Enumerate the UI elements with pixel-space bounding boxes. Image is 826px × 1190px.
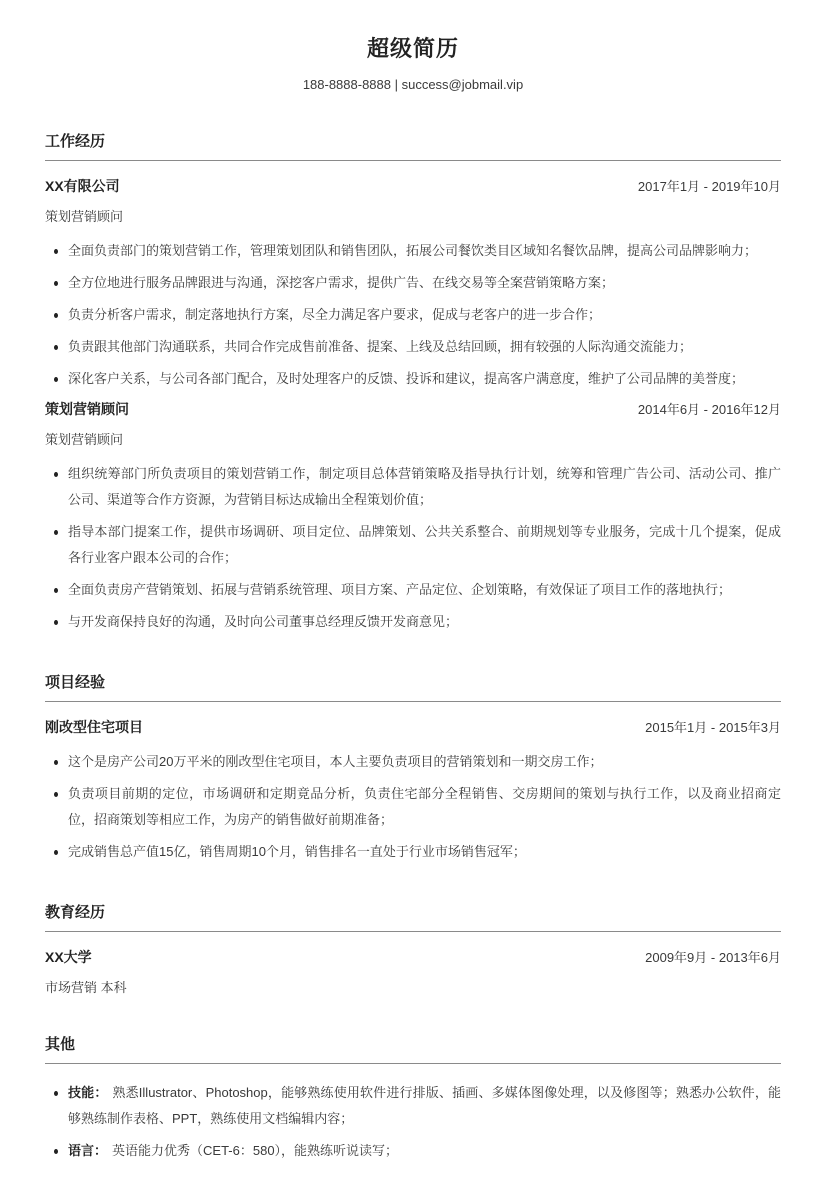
job-role: 策划营销顾问: [45, 431, 781, 449]
skills-label: 技能：: [68, 1085, 107, 1100]
bullet-list: 组织统筹部门所负责项目的策划营销工作，制定项目总体营销策略及指导执行计划，统筹和…: [45, 461, 781, 635]
date-range: 2009年9月 - 2013年6月: [645, 949, 781, 967]
entry-header: 策划营销顾问 2014年6月 - 2016年12月: [45, 400, 781, 419]
bullet-item: 组织统筹部门所负责项目的策划营销工作，制定项目总体营销策略及指导执行计划，统筹和…: [68, 461, 781, 513]
date-range: 2017年1月 - 2019年10月: [638, 178, 781, 196]
bullet-item: 负责跟其他部门沟通联系，共同合作完成售前准备、提案、上线及总结回顾，拥有较强的人…: [68, 334, 781, 360]
bullet-item: 全面负责部门的策划营销工作，管理策划团队和销售团队，拓展公司餐饮类目区域知名餐饮…: [68, 238, 781, 264]
entry-header: 刚改型住宅项目 2015年1月 - 2015年3月: [45, 718, 781, 737]
entry-header: XX有限公司 2017年1月 - 2019年10月: [45, 177, 781, 196]
section-education: 教育经历 XX大学 2009年9月 - 2013年6月 市场营销 本科: [45, 903, 781, 997]
job-role: 策划营销顾问: [45, 208, 781, 226]
bullet-item: 与开发商保持良好的沟通，及时向公司董事总经理反馈开发商意见；: [68, 609, 781, 635]
contact-line: 188-8888-8888 | success@jobmail.vip: [45, 76, 781, 94]
bullet-item: 全面负责房产营销策划、拓展与营销系统管理、项目方案、产品定位、企划策略，有效保证…: [68, 577, 781, 603]
bullet-item-skills: 技能：熟悉Illustrator、Photoshop，能够熟练使用软件进行排版、…: [68, 1080, 781, 1132]
date-range: 2014年6月 - 2016年12月: [638, 401, 781, 419]
date-range: 2015年1月 - 2015年3月: [645, 719, 781, 737]
section-heading-project: 项目经验: [45, 673, 781, 702]
company-name: XX有限公司: [45, 177, 120, 195]
section-work: 工作经历 XX有限公司 2017年1月 - 2019年10月 策划营销顾问 全面…: [45, 132, 781, 635]
education-detail: 市场营销 本科: [45, 979, 781, 997]
bullet-item: 负责项目前期的定位，市场调研和定期竟品分析，负责住宅部分全程销售、交房期间的策划…: [68, 781, 781, 833]
work-entry-2: 策划营销顾问 2014年6月 - 2016年12月 策划营销顾问 组织统筹部门所…: [45, 400, 781, 635]
project-entry-1: 刚改型住宅项目 2015年1月 - 2015年3月 这个是房产公司20万平米的刚…: [45, 718, 781, 865]
bullet-item-language: 语言：英语能力优秀（CET-6：580），能熟练听说读写；: [68, 1138, 781, 1164]
section-heading-work: 工作经历: [45, 132, 781, 161]
section-other: 其他 技能：熟悉Illustrator、Photoshop，能够熟练使用软件进行…: [45, 1035, 781, 1164]
resume-title: 超级简历: [45, 36, 781, 62]
language-label: 语言：: [68, 1143, 107, 1158]
language-text: 英语能力优秀（CET-6：580），能熟练听说读写；: [112, 1143, 398, 1158]
bullet-list: 全面负责部门的策划营销工作，管理策划团队和销售团队，拓展公司餐饮类目区域知名餐饮…: [45, 238, 781, 392]
resume-page: 超级简历 188-8888-8888 | success@jobmail.vip…: [0, 0, 826, 1190]
skills-text: 熟悉Illustrator、Photoshop，能够熟练使用软件进行排版、插画、…: [68, 1085, 781, 1126]
bullet-item: 完成销售总产值15亿，销售周期10个月，销售排名一直处于行业市场销售冠军；: [68, 839, 781, 865]
bullet-item: 全方位地进行服务品牌跟进与沟通，深挖客户需求，提供广告、在线交易等全案营销策略方…: [68, 270, 781, 296]
section-heading-other: 其他: [45, 1035, 781, 1064]
company-name: 策划营销顾问: [45, 400, 129, 418]
section-project: 项目经验 刚改型住宅项目 2015年1月 - 2015年3月 这个是房产公司20…: [45, 673, 781, 865]
bullet-item: 负责分析客户需求，制定落地执行方案，尽全力满足客户要求，促成与老客户的进一步合作…: [68, 302, 781, 328]
work-entry-1: XX有限公司 2017年1月 - 2019年10月 策划营销顾问 全面负责部门的…: [45, 177, 781, 392]
entry-header: XX大学 2009年9月 - 2013年6月: [45, 948, 781, 967]
bullet-list: 这个是房产公司20万平米的刚改型住宅项目，本人主要负责项目的营销策划和一期交房工…: [45, 749, 781, 865]
section-heading-education: 教育经历: [45, 903, 781, 932]
school-name: XX大学: [45, 948, 92, 966]
bullet-item: 指导本部门提案工作，提供市场调研、项目定位、品牌策划、公共关系整合、前期规划等专…: [68, 519, 781, 571]
bullet-item: 深化客户关系，与公司各部门配合，及时处理客户的反馈、投诉和建议，提高客户满意度，…: [68, 366, 781, 392]
education-entry-1: XX大学 2009年9月 - 2013年6月 市场营销 本科: [45, 948, 781, 997]
bullet-list: 技能：熟悉Illustrator、Photoshop，能够熟练使用软件进行排版、…: [45, 1080, 781, 1164]
project-name: 刚改型住宅项目: [45, 718, 143, 736]
bullet-item: 这个是房产公司20万平米的刚改型住宅项目，本人主要负责项目的营销策划和一期交房工…: [68, 749, 781, 775]
